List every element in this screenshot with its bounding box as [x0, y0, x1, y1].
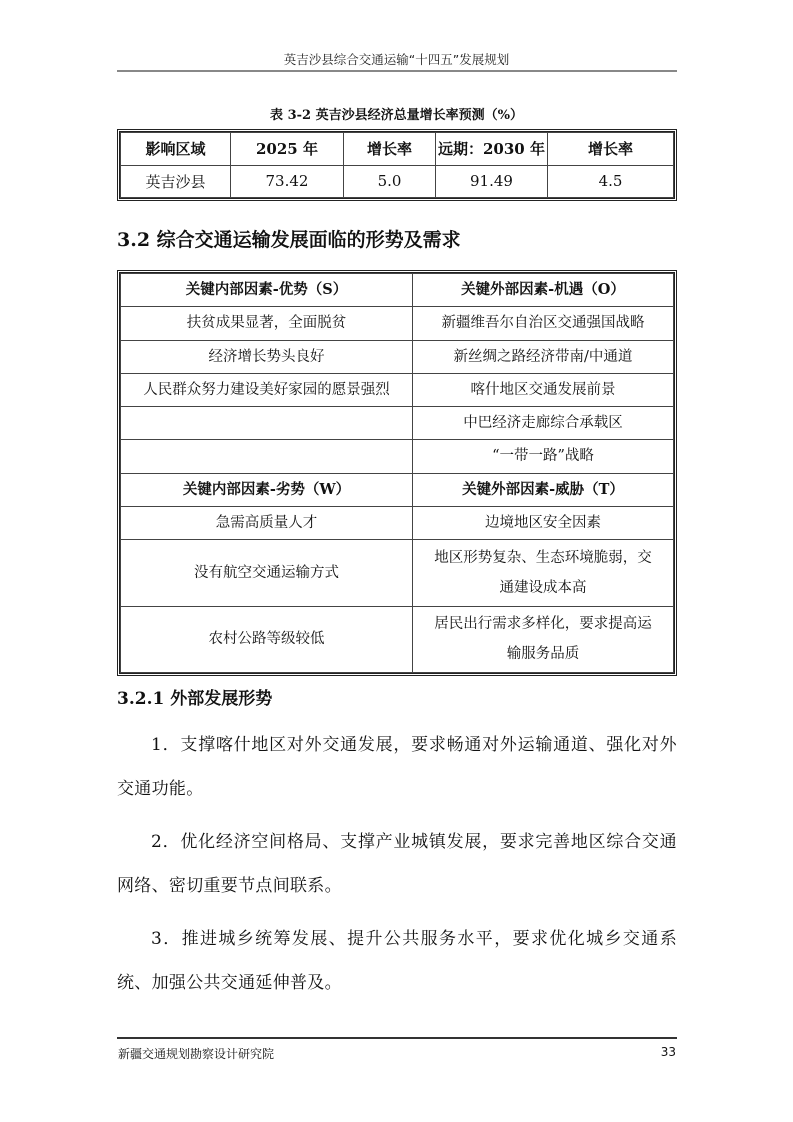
table-row: 人民群众努力建设美好家园的愿景强烈 喀什地区交通发展前景 [121, 373, 674, 406]
table-cell: 边境地区安全因素 [413, 506, 674, 539]
table-row: 急需高质量人才 边境地区安全因素 [121, 506, 674, 539]
table-cell: 新疆维吾尔自治区交通强国战略 [413, 307, 674, 340]
table-row: 农村公路等级较低 居民出行需求多样化，要求提高运输服务品质 [121, 606, 674, 673]
header-cell: 增长率 [344, 133, 436, 166]
table-row: 扶贫成果显著，全面脱贫 新疆维吾尔自治区交通强国战略 [121, 307, 674, 340]
running-header: 英吉沙县综合交通运输“十四五”发展规划 [0, 50, 793, 68]
table-cell: 没有航空交通运输方式 [121, 540, 413, 607]
swot-header-row: 关键内部因素-优势（S） 关键外部因素-机遇（O） [121, 274, 674, 307]
weaknesses-header: 关键内部因素-劣势（W） [121, 473, 413, 506]
table-row: “一带一路”战略 [121, 440, 674, 473]
table-cell: 4.5 [548, 165, 674, 198]
growth-forecast-table: 影响区域 2025 年 增长率 远期：2030 年 增长率 英吉沙县 73.42… [117, 129, 677, 201]
page-number: 33 [661, 1045, 676, 1059]
table-cell: 喀什地区交通发展前景 [413, 373, 674, 406]
header-rule [117, 70, 677, 72]
table-cell [121, 407, 413, 440]
table-cell: 扶贫成果显著，全面脱贫 [121, 307, 413, 340]
table-row: 中巴经济走廊综合承载区 [121, 407, 674, 440]
table-cell: 居民出行需求多样化，要求提高运输服务品质 [413, 606, 674, 673]
header-cell: 增长率 [548, 133, 674, 166]
table-cell: 5.0 [344, 165, 436, 198]
paragraph-3: 3．推进城乡统筹发展、提升公共服务水平，要求优化城乡交通系统、加强公共交通延伸普… [117, 917, 677, 1005]
table-cell: 地区形势复杂、生态环境脆弱，交通建设成本高 [413, 540, 674, 607]
table-cell: 中巴经济走廊综合承载区 [413, 407, 674, 440]
table-row: 英吉沙县 73.42 5.0 91.49 4.5 [121, 165, 674, 198]
paragraph-2: 2．优化经济空间格局、支撑产业城镇发展，要求完善地区综合交通网络、密切重要节点间… [117, 820, 677, 908]
subsection-heading: 3.2.1 外部发展形势 [117, 684, 272, 709]
header-cell: 远期：2030 年 [436, 133, 548, 166]
table-cell: 农村公路等级较低 [121, 606, 413, 673]
table-header-row: 影响区域 2025 年 增长率 远期：2030 年 增长率 [121, 133, 674, 166]
table-cell: 73.42 [231, 165, 344, 198]
opportunities-header: 关键外部因素-机遇（O） [413, 274, 674, 307]
footer-organization: 新疆交通规划勘察设计研究院 [118, 1045, 274, 1062]
table-cell: 英吉沙县 [121, 165, 231, 198]
table-cell: “一带一路”战略 [413, 440, 674, 473]
header-cell: 影响区域 [121, 133, 231, 166]
table-cell [121, 440, 413, 473]
table-row: 没有航空交通运输方式 地区形势复杂、生态环境脆弱，交通建设成本高 [121, 540, 674, 607]
paragraph-1: 1．支撑喀什地区对外交通发展，要求畅通对外运输通道、强化对外交通功能。 [117, 723, 677, 811]
table-cell: 急需高质量人才 [121, 506, 413, 539]
table-cell: 人民群众努力建设美好家园的愿景强烈 [121, 373, 413, 406]
threats-header: 关键外部因素-威胁（T） [413, 473, 674, 506]
table-row: 经济增长势头良好 新丝绸之路经济带南/中通道 [121, 340, 674, 373]
swot-table: 关键内部因素-优势（S） 关键外部因素-机遇（O） 扶贫成果显著，全面脱贫 新疆… [117, 270, 677, 676]
strengths-header: 关键内部因素-优势（S） [121, 274, 413, 307]
table-caption: 表 3-2 英吉沙县经济总量增长率预测（%） [0, 104, 793, 123]
table-cell: 新丝绸之路经济带南/中通道 [413, 340, 674, 373]
swot-header-row: 关键内部因素-劣势（W） 关键外部因素-威胁（T） [121, 473, 674, 506]
table-cell: 91.49 [436, 165, 548, 198]
header-cell: 2025 年 [231, 133, 344, 166]
footer-rule [117, 1037, 677, 1039]
section-heading: 3.2 综合交通运输发展面临的形势及需求 [117, 225, 461, 252]
table-cell: 经济增长势头良好 [121, 340, 413, 373]
